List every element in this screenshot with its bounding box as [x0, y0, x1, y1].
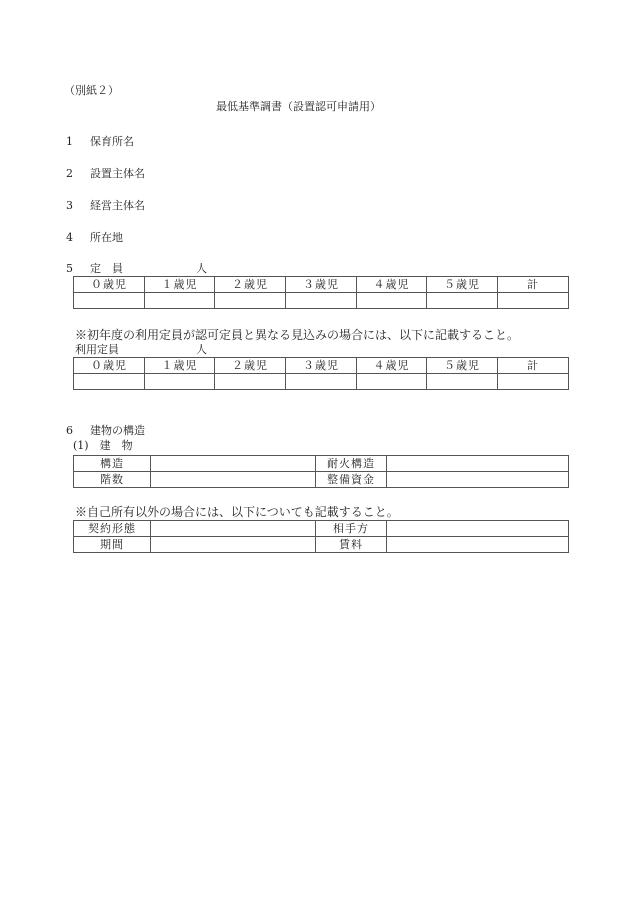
value-age-0[interactable]	[74, 374, 145, 390]
period-value[interactable]	[151, 537, 316, 553]
header-total: 計	[498, 277, 569, 293]
header-age-2: ２歳児	[215, 358, 286, 374]
contract-type-value[interactable]	[151, 521, 316, 537]
header-age-1: １歳児	[145, 358, 215, 374]
rent-label: 賃料	[316, 537, 387, 553]
header-age-4: ４歳児	[357, 358, 427, 374]
usage-capacity-label: 利用定員	[75, 343, 119, 357]
value-total[interactable]	[498, 293, 569, 309]
contract-note: ※自己所有以外の場合には、以下についても記載すること。	[75, 505, 399, 519]
value-age-2[interactable]	[215, 293, 286, 309]
counterparty-value[interactable]	[387, 521, 569, 537]
header-age-5: ５歳児	[427, 358, 498, 374]
contract-table: 契約形態 相手方 期間 賃料	[73, 520, 569, 553]
item-nursery-name: 1保育所名	[66, 135, 134, 149]
item-number: 4	[66, 231, 90, 245]
building-row: 階数 整備資金	[74, 472, 569, 488]
fireproof-label: 耐火構造	[316, 456, 387, 472]
item-label: 所在地	[90, 231, 123, 244]
value-age-3[interactable]	[286, 293, 357, 309]
contract-row: 契約形態 相手方	[74, 521, 569, 537]
usage-capacity-unit: 人	[196, 343, 207, 357]
value-age-4[interactable]	[357, 293, 427, 309]
rent-value[interactable]	[387, 537, 569, 553]
value-total[interactable]	[498, 374, 569, 390]
building-sub-label: (1) 建 物	[73, 439, 133, 453]
item-number: 6	[66, 424, 90, 438]
building-heading: 6建物の構造	[66, 424, 145, 438]
item-label: 設置主体名	[90, 167, 145, 180]
value-age-5[interactable]	[427, 374, 498, 390]
period-label: 期間	[74, 537, 151, 553]
usage-header-row: ０歳児 １歳児 ２歳児 ３歳児 ４歳児 ５歳児 計	[74, 358, 569, 374]
item-number: 2	[66, 167, 90, 181]
usage-capacity-table: ０歳児 １歳児 ２歳児 ３歳児 ４歳児 ５歳児 計	[73, 357, 569, 390]
capacity-header-row: ０歳児 １歳児 ２歳児 ３歳児 ４歳児 ５歳児 計	[74, 277, 569, 293]
value-age-5[interactable]	[427, 293, 498, 309]
item-number: 5	[66, 262, 90, 276]
header-age-1: １歳児	[145, 277, 215, 293]
header-age-0: ０歳児	[74, 277, 145, 293]
structure-label: 構造	[74, 456, 151, 472]
floors-label: 階数	[74, 472, 151, 488]
building-row: 構造 耐火構造	[74, 456, 569, 472]
page-title: 最低基準調書（設置認可申請用）	[216, 100, 381, 114]
contract-row: 期間 賃料	[74, 537, 569, 553]
header-age-4: ４歳児	[357, 277, 427, 293]
funding-label: 整備資金	[316, 472, 387, 488]
usage-value-row	[74, 374, 569, 390]
capacity-table: ０歳児 １歳児 ２歳児 ３歳児 ４歳児 ５歳児 計	[73, 276, 569, 309]
capacity-unit: 人	[196, 262, 207, 276]
item-operator-name: 3経営主体名	[66, 199, 145, 213]
item-address: 4所在地	[66, 231, 123, 245]
usage-capacity-note: ※初年度の利用定員が認可定員と異なる見込みの場合には、以下に記載すること。	[75, 328, 519, 342]
counterparty-label: 相手方	[316, 521, 387, 537]
floors-value[interactable]	[151, 472, 316, 488]
funding-value[interactable]	[387, 472, 569, 488]
capacity-label: 定 員	[90, 262, 123, 275]
value-age-4[interactable]	[357, 374, 427, 390]
header-age-5: ５歳児	[427, 277, 498, 293]
building-table: 構造 耐火構造 階数 整備資金	[73, 455, 569, 488]
value-age-3[interactable]	[286, 374, 357, 390]
value-age-1[interactable]	[145, 374, 215, 390]
capacity-value-row	[74, 293, 569, 309]
item-number: 3	[66, 199, 90, 213]
fireproof-value[interactable]	[387, 456, 569, 472]
header-age-2: ２歳児	[215, 277, 286, 293]
building-label: 建物の構造	[90, 424, 145, 437]
header-age-3: ３歳児	[286, 358, 357, 374]
value-age-2[interactable]	[215, 374, 286, 390]
value-age-1[interactable]	[145, 293, 215, 309]
value-age-0[interactable]	[74, 293, 145, 309]
structure-value[interactable]	[151, 456, 316, 472]
item-label: 経営主体名	[90, 199, 145, 212]
header-total: 計	[498, 358, 569, 374]
contract-type-label: 契約形態	[74, 521, 151, 537]
header-age-3: ３歳児	[286, 277, 357, 293]
header-age-0: ０歳児	[74, 358, 145, 374]
capacity-heading: 5定 員	[66, 262, 123, 276]
item-founder-name: 2設置主体名	[66, 167, 145, 181]
attachment-label: （別紙２）	[64, 84, 119, 98]
item-number: 1	[66, 135, 90, 149]
item-label: 保育所名	[90, 135, 134, 148]
